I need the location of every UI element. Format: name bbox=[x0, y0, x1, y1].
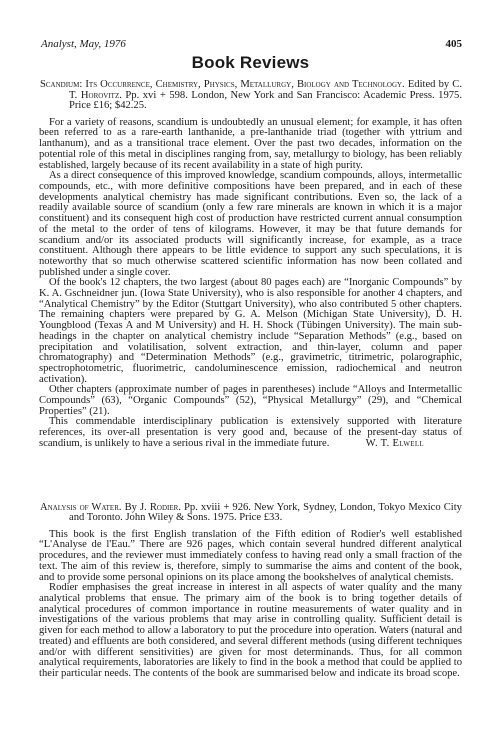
book-citation: Analysis of Water. By J. Rodier. Pp. xvi… bbox=[39, 503, 462, 524]
book-author: Rodier bbox=[150, 502, 178, 513]
review-body: This book is the first English translati… bbox=[39, 530, 462, 680]
book-title: Scandium: Its Occurrence, Chemistry, Phy… bbox=[40, 79, 405, 90]
paragraph: This commendable interdisciplinary publi… bbox=[39, 417, 462, 449]
running-head: Analyst, May, 1976 405 bbox=[39, 38, 462, 52]
citation-details: By J. bbox=[122, 502, 150, 513]
paragraph: Rodier emphasises the great increase in … bbox=[39, 583, 462, 679]
page-number: 405 bbox=[446, 38, 463, 50]
review-analysis-of-water: Analysis of Water. By J. Rodier. Pp. xvi… bbox=[39, 503, 462, 680]
book-editor: Horovitz bbox=[81, 90, 119, 101]
book-title: Analysis of Water. bbox=[40, 502, 122, 513]
paragraph: This book is the first English translati… bbox=[39, 530, 462, 584]
review-body: For a variety of reasons, scandium is un… bbox=[39, 118, 462, 450]
paragraph: As a direct consequence of this improved… bbox=[39, 171, 462, 278]
paragraph: For a variety of reasons, scandium is un… bbox=[39, 118, 462, 172]
journal-issue: Analyst, May, 1976 bbox=[41, 38, 126, 50]
review-scandium: Scandium: Its Occurrence, Chemistry, Phy… bbox=[39, 80, 462, 450]
section-title: Book Reviews bbox=[39, 53, 462, 73]
book-citation: Scandium: Its Occurrence, Chemistry, Phy… bbox=[39, 80, 462, 112]
citation-publication: . Pp. xvi + 598. London, New York and Sa… bbox=[69, 90, 462, 112]
reviewer-name: W. T. Elwell bbox=[356, 439, 424, 450]
journal-page: Analyst, May, 1976 405 Book Reviews Scan… bbox=[39, 38, 462, 680]
paragraph: Other chapters (approximate number of pa… bbox=[39, 385, 462, 417]
paragraph: Of the book's 12 chapters, the two large… bbox=[39, 278, 462, 385]
